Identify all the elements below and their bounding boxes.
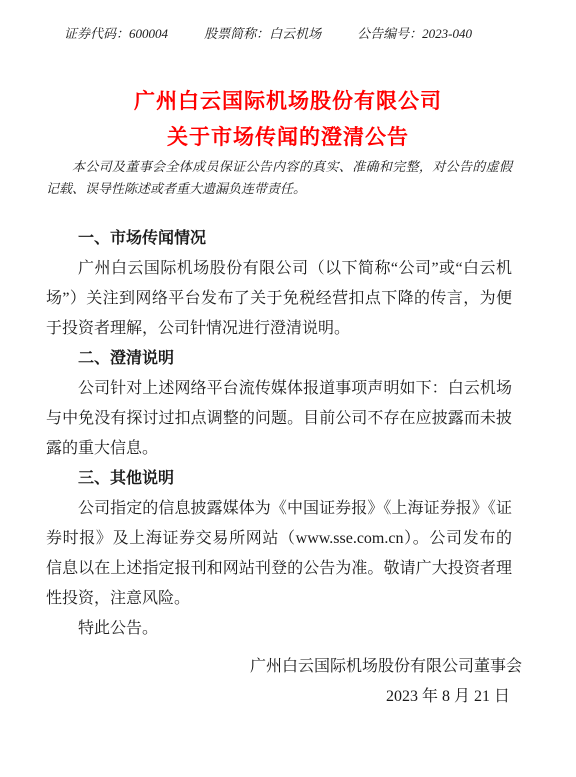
- section-2-heading: 二、澄清说明: [46, 344, 512, 374]
- stock-code: 证券代码：600004: [64, 26, 168, 42]
- section-1-paragraph: 广州白云国际机场股份有限公司（以下简称“公司”或“白云机场”）关注到网络平台发布…: [46, 254, 512, 344]
- section-2-paragraph: 公司针对上述网络平台流传媒体报道事项声明如下：白云机场与中免没有探讨过扣点调整的…: [46, 374, 512, 464]
- announcement-page: 证券代码：600004 股票简称：白云机场 公告编号：2023-040 广州白云…: [0, 0, 576, 777]
- document-title: 广州白云国际机场股份有限公司 关于市场传闻的澄清公告: [0, 84, 576, 156]
- section-3-paragraph: 公司指定的信息披露媒体为《中国证券报》《上海证券报》《证券时报》及上海证券交易所…: [46, 494, 512, 614]
- announcement-title: 关于市场传闻的澄清公告: [0, 120, 576, 156]
- board-disclaimer: 本公司及董事会全体成员保证公告内容的真实、准确和完整，对公告的虚假记载、误导性陈…: [0, 156, 576, 200]
- stock-name: 股票简称：白云机场: [204, 26, 321, 42]
- announcement-date: 2023 年 8 月 21 日: [0, 682, 522, 712]
- signature-block: 广州白云国际机场股份有限公司董事会 2023 年 8 月 21 日: [0, 652, 576, 712]
- closing-statement: 特此公告。: [46, 614, 512, 644]
- signatory: 广州白云国际机场股份有限公司董事会: [0, 652, 522, 682]
- section-1-heading: 一、市场传闻情况: [46, 224, 512, 254]
- announcement-number: 公告编号：2023-040: [357, 26, 472, 42]
- company-name-title: 广州白云国际机场股份有限公司: [0, 84, 576, 120]
- section-3-heading: 三、其他说明: [46, 464, 512, 494]
- document-header: 证券代码：600004 股票简称：白云机场 公告编号：2023-040: [0, 0, 576, 42]
- document-body: 一、市场传闻情况 广州白云国际机场股份有限公司（以下简称“公司”或“白云机场”）…: [0, 224, 576, 644]
